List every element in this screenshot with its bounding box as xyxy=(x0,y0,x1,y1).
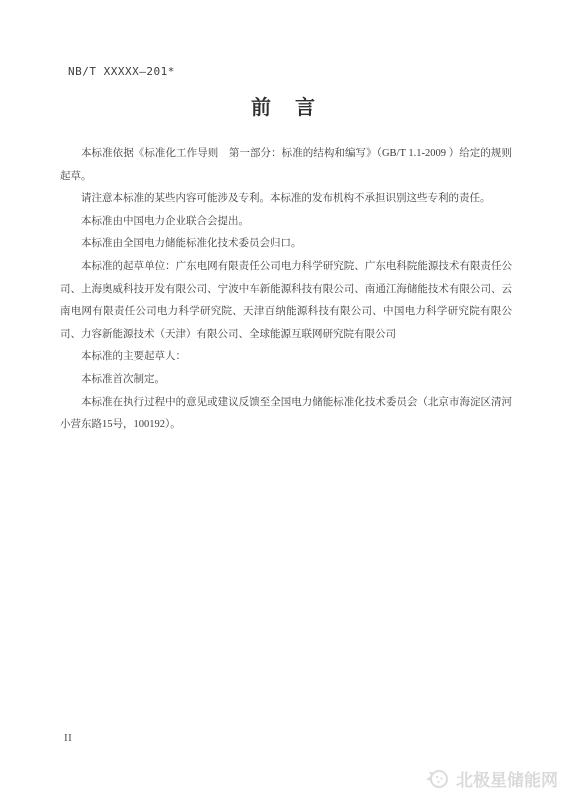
paragraph: 本标准在执行过程中的意见或建议反馈至全国电力储能标准化技术委员会（北京市海淀区清… xyxy=(60,392,512,437)
paragraph: 本标准的起草单位：广东电网有限责任公司电力科学研究院、广东电科院能源技术有限责任… xyxy=(60,256,512,346)
page-title: 前 言 xyxy=(0,91,568,120)
paragraph: 本标准首次制定。 xyxy=(60,369,512,392)
watermark-text: 北极星储能网 xyxy=(456,766,558,791)
paragraph: 本标准由中国电力企业联合会提出。 xyxy=(60,211,512,234)
foreword-body: 本标准依据《标准化工作导则 第一部分：标准的结构和编写》（GB/T 1.1-20… xyxy=(60,143,512,437)
paragraph: 本标准由全国电力储能标准化技术委员会归口。 xyxy=(60,233,512,256)
paragraph: 请注意本标准的某些内容可能涉及专利。本标准的发布机构不承担识别这些专利的责任。 xyxy=(60,188,512,211)
paragraph: 本标准依据《标准化工作导则 第一部分：标准的结构和编写》（GB/T 1.1-20… xyxy=(60,143,512,188)
watermark: 北极星储能网 xyxy=(425,766,558,791)
standard-number-header: NB/T XXXXX—201* xyxy=(68,65,175,78)
paragraph: 本标准的主要起草人： xyxy=(60,346,512,369)
document-page: NB/T XXXXX—201* 前 言 本标准依据《标准化工作导则 第一部分：标… xyxy=(0,0,568,800)
bjx-star-logo-icon xyxy=(425,768,451,790)
page-number: II xyxy=(64,732,72,744)
